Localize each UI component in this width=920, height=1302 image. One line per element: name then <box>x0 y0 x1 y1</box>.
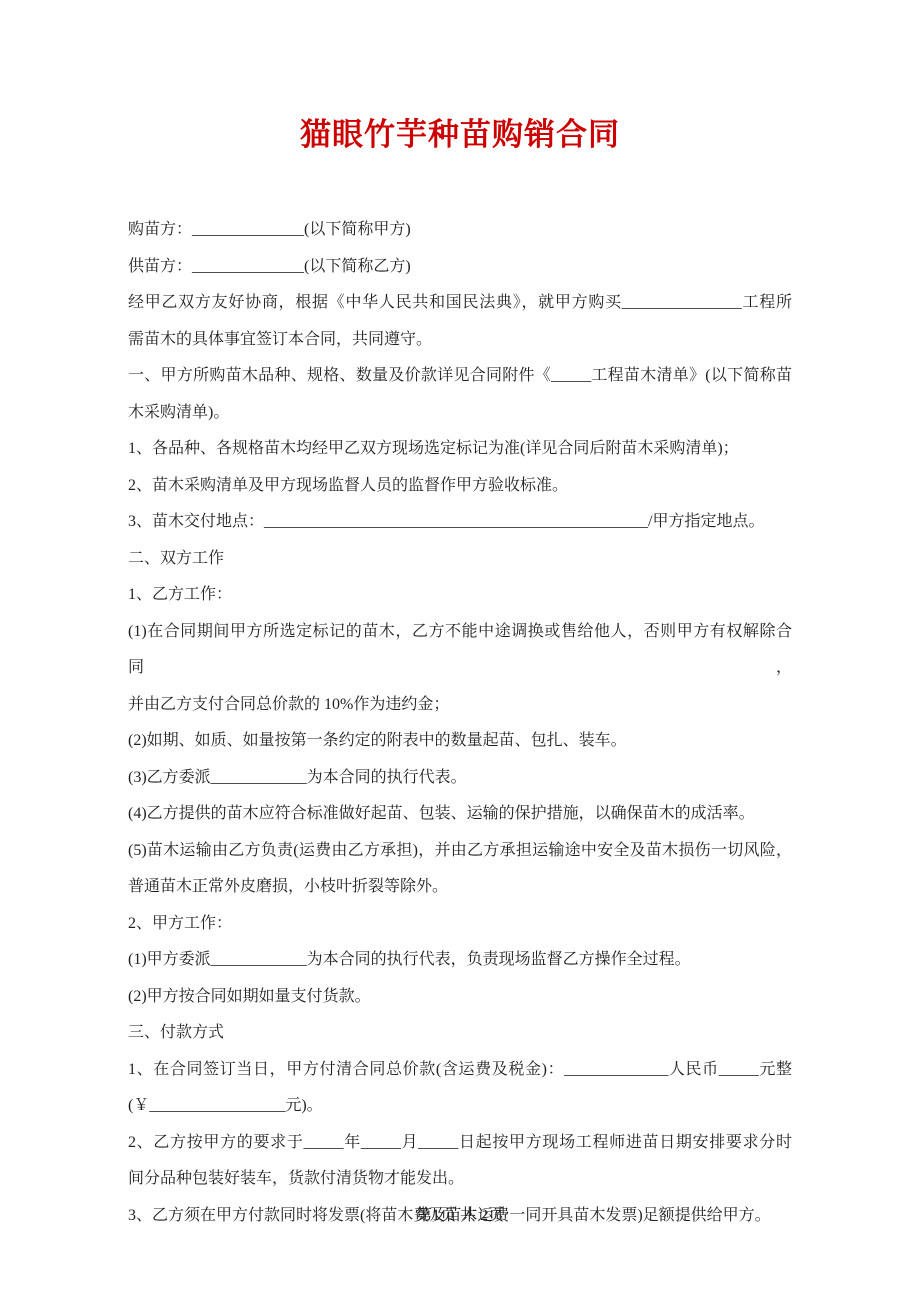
contract-line: 一、甲方所购苗木品种、规格、数量及价款详见合同附件《_____工程苗木清单》(以… <box>128 358 792 395</box>
contract-line: (2)如期、如质、如量按第一条约定的附表中的数量起苗、包扎、装车。 <box>128 723 792 760</box>
contract-line: 供苗方：______________(以下简称乙方) <box>128 249 792 286</box>
page-number-label: 第1页 共 2页 <box>416 1207 504 1224</box>
contract-line: (￥_________________元)。 <box>128 1088 792 1125</box>
contract-line: (1)甲方委派____________为本合同的执行代表，负责现场监督乙方操作全… <box>128 942 792 979</box>
contract-line: 2、乙方按甲方的要求于_____年_____月_____日起按甲方现场工程师进苗… <box>128 1125 792 1162</box>
contract-line: 三、付款方式 <box>128 1015 792 1052</box>
contract-line: 木采购清单)。 <box>128 395 792 432</box>
contract-line: 购苗方：______________(以下简称甲方) <box>128 212 792 249</box>
contract-line: (3)乙方委派____________为本合同的执行代表。 <box>128 760 792 797</box>
contract-line: 1、在合同签订当日，甲方付清合同总价款(含运费及税金)：____________… <box>128 1052 792 1089</box>
contract-body: 购苗方：______________(以下简称甲方)供苗方：__________… <box>128 212 792 1234</box>
contract-line: 2、苗木采购清单及甲方现场监督人员的监督作甲方验收标准。 <box>128 468 792 505</box>
contract-line: 需苗木的具体事宜签订本合同，共同遵守。 <box>128 322 792 359</box>
contract-line: 间分品种包装好装车，货款付清货物才能发出。 <box>128 1161 792 1198</box>
contract-line: 1、乙方工作： <box>128 577 792 614</box>
contract-line: 经甲乙双方友好协商，根据《中华人民共和国民法典》，就甲方购买__________… <box>128 285 792 322</box>
contract-line: (5)苗木运输由乙方负责(运费由乙方承担)，并由乙方承担运输途中安全及苗木损伤一… <box>128 833 792 870</box>
contract-line: (4)乙方提供的苗木应符合标准做好起苗、包装、运输的保护措施，以确保苗木的成活率… <box>128 796 792 833</box>
contract-line: (1)在合同期间甲方所选定标记的苗木，乙方不能中途调换或售给他人，否则甲方有权解… <box>128 614 792 687</box>
contract-page: 猫眼竹芋种苗购销合同 购苗方：______________(以下简称甲方)供苗方… <box>0 0 920 1302</box>
contract-line: 普通苗木正常外皮磨损，小枝叶折裂等除外。 <box>128 869 792 906</box>
contract-line: 2、甲方工作： <box>128 906 792 943</box>
contract-line: (2)甲方按合同如期如量支付货款。 <box>128 979 792 1016</box>
contract-line: 二、双方工作 <box>128 541 792 578</box>
contract-line: 3、苗木交付地点：_______________________________… <box>128 504 792 541</box>
contract-line: 并由乙方支付合同总价款的 10%作为违约金； <box>128 687 792 724</box>
page-footer: 第1页 共 2页 <box>0 1202 920 1225</box>
contract-line: 1、各品种、各规格苗木均经甲乙双方现场选定标记为准(详见合同后附苗木采购清单)； <box>128 431 792 468</box>
contract-title: 猫眼竹芋种苗购销合同 <box>0 0 920 158</box>
